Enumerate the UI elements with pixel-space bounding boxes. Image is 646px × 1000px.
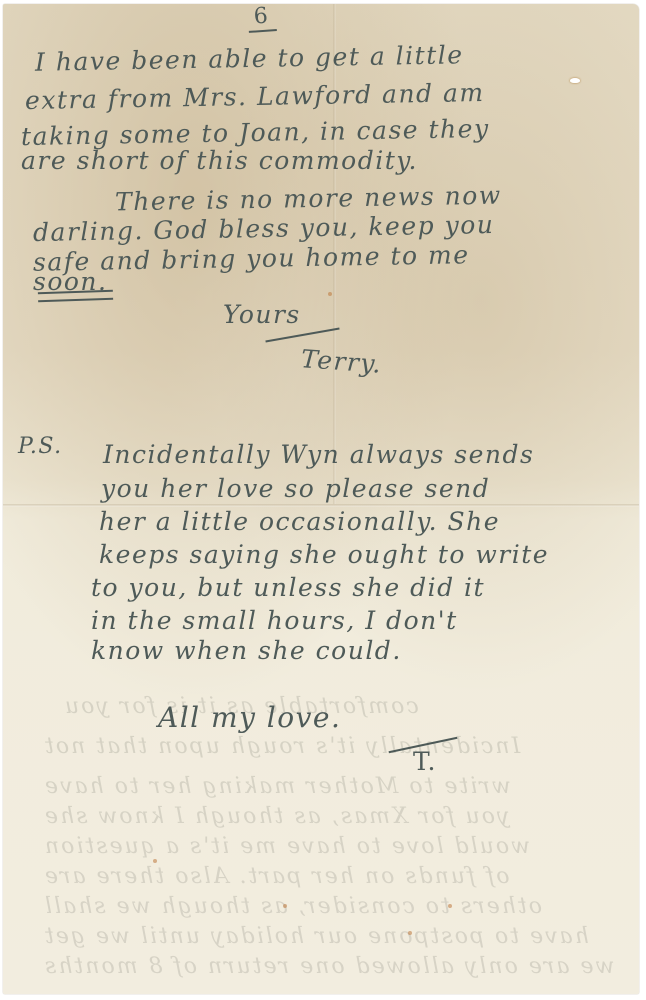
ps-line: to you, but unless she did it: [91, 575, 485, 600]
showthrough-text: we are only allowed one return of 8 mont…: [43, 954, 614, 979]
body-line: taking some to Joan, in case they: [21, 116, 490, 149]
foxing-spot: [408, 931, 412, 935]
page-number: 6: [247, 5, 276, 33]
showthrough-text: you for Xmas, as though I know she: [43, 804, 509, 829]
signature-stroke: [265, 328, 339, 343]
signature: Terry.: [300, 346, 383, 377]
body-line: are short of this commodity.: [21, 148, 418, 173]
foxing-spot: [153, 859, 157, 863]
letter-page: comfortable as it is for you Incidentall…: [3, 4, 639, 994]
double-underline: [38, 290, 113, 303]
body-line: I have been able to get a little: [35, 42, 464, 74]
foxing-spot: [283, 904, 287, 908]
showthrough-text: others to consider, as though we shall: [43, 894, 542, 919]
body-line: There is no more news now: [115, 183, 502, 215]
ps-line: you her love so please send: [101, 476, 490, 501]
ps-line: her a little occasionally. She: [99, 509, 500, 534]
body-line: extra from Mrs. Lawford and am: [25, 80, 485, 113]
ps-line: know when she could.: [91, 638, 402, 663]
ps-label: P.S.: [18, 436, 63, 458]
closing: Yours: [223, 302, 301, 327]
showthrough-text: would love to have me it's a question: [43, 834, 530, 859]
showthrough-text: have to postpone our holiday until we ge…: [43, 924, 589, 949]
showthrough-text: write to Mother making her to have: [43, 774, 511, 799]
ps-line: keeps saying she ought to write: [99, 542, 549, 567]
showthrough-text: of funds on her part. Also there are: [43, 864, 510, 889]
ps-line: in the small hours, I don't: [91, 608, 458, 633]
final-closing: All my love.: [158, 704, 341, 732]
final-initial: T.: [413, 749, 437, 774]
foxing-spot: [448, 904, 452, 908]
foxing-spot: [328, 292, 332, 296]
paper-hole: [570, 78, 580, 83]
ps-line: Incidentally Wyn always sends: [103, 442, 534, 467]
